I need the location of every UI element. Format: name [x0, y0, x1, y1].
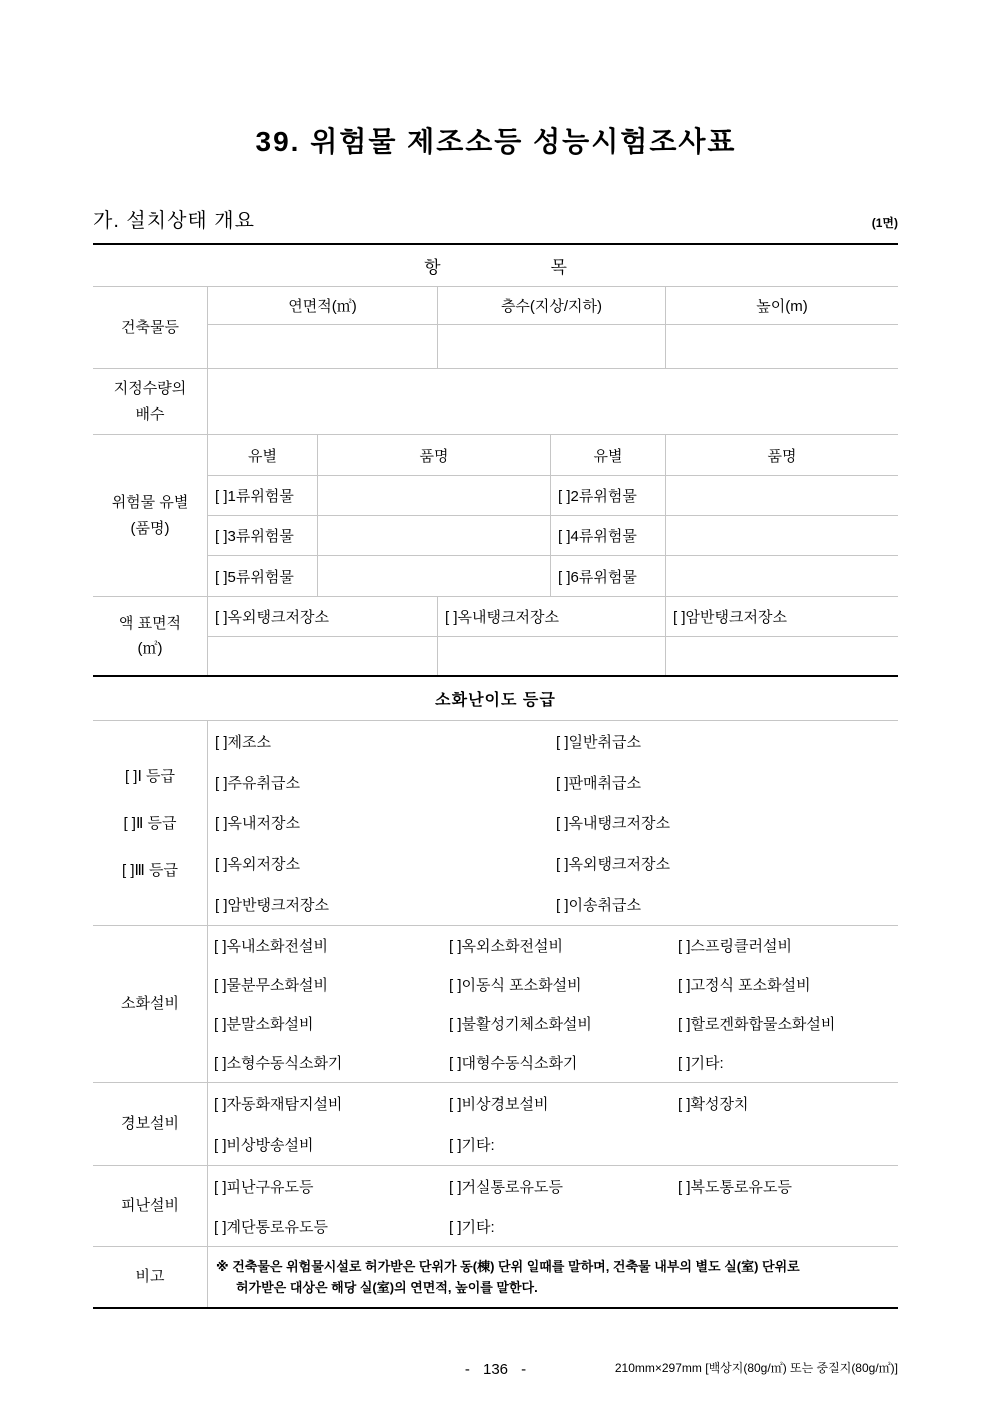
item-header-row: 항 목 [93, 245, 898, 286]
building-col-header: 높이(m) [666, 287, 898, 325]
checkbox-item: [ ]분말소화설비 [214, 1004, 449, 1043]
checkbox-item: [ ]대형수동식소화기 [449, 1043, 678, 1082]
checkbox-item: [ ]기타: [449, 1124, 678, 1165]
remarks-content: ※ 건축물은 위험물시설로 허가받은 단위가 동(棟) 단위 일때를 말하며, … [208, 1247, 898, 1307]
evacuation-equipment-row: 피난설비 [ ]피난구유도등 [ ]거실통로유도등 [ ]복도통로유도등 [ ]… [93, 1165, 898, 1246]
checkbox-item: [ ]비상방송설비 [214, 1124, 449, 1165]
checkbox-item: [ ]Ⅲ 등급 [122, 860, 178, 881]
checkbox-item: [ ]1류위험물 [208, 476, 318, 516]
document-page: 39. 위험물 제조소등 성능시험조사표 가. 설치상태 개요 (1면) 항 목… [0, 0, 992, 1403]
checkbox-item: [ ]이송취급소 [556, 884, 898, 925]
designated-quantity-label: 지정수량의 배수 [93, 369, 208, 434]
hazmat-class-content: 유별 품명 유별 품명 [ ]1류위험물 [ ]2류위험물 [ ]3류위험물 [… [208, 435, 898, 596]
building-row-label: 건축물등 [93, 287, 208, 368]
grade-content: [ ]제조소 [ ]일반취급소 [ ]주유취급소 [ ]판매취급소 [ ]옥내저… [208, 721, 898, 925]
hazmat-col-header: 품명 [666, 435, 898, 476]
checkbox-item: [ ]주유취급소 [215, 762, 556, 803]
hazmat-class-row: 위험물 유별 (품명) 유별 품명 유별 품명 [ ]1류위험물 [ ]2류위험… [93, 434, 898, 596]
checkbox-item: [ ]암반탱크저장소 [215, 884, 556, 925]
evacuation-equipment-label: 피난설비 [93, 1166, 208, 1246]
surface-value-cell [438, 637, 666, 675]
checkbox-item: [ ]제조소 [215, 721, 556, 762]
evacuation-equipment-content: [ ]피난구유도등 [ ]거실통로유도등 [ ]복도통로유도등 [ ]계단통로유… [208, 1166, 898, 1246]
checkbox-item: [ ]확성장치 [678, 1083, 898, 1124]
alarm-equipment-row: 경보설비 [ ]자동화재탐지설비 [ ]비상경보설비 [ ]확성장치 [ ]비상… [93, 1082, 898, 1165]
building-col-header: 층수(지상/지하) [438, 287, 666, 325]
hazmat-name-cell [318, 516, 551, 556]
hazmat-col-header: 유별 [208, 435, 318, 476]
checkbox-item: [ ]계단통로유도등 [214, 1206, 449, 1246]
liquid-surface-label: 액 표면적 (㎡) [93, 597, 208, 675]
section-heading: 가. 설치상태 개요 [93, 204, 255, 233]
difficulty-grade-header: 소화난이도 등급 [93, 675, 898, 720]
checkbox-item: [ ]옥외탱크저장소 [556, 843, 898, 884]
checkbox-item: [ ]옥내탱크저장소 [556, 803, 898, 844]
checkbox-item: [ ]자동화재탐지설비 [214, 1083, 449, 1124]
checkbox-item: [ ]비상경보설비 [449, 1083, 678, 1124]
liquid-surface-row: 액 표면적 (㎡) [ ]옥외탱크저장소 [ ]옥내탱크저장소 [ ]암반탱크저… [93, 596, 898, 675]
building-row: 건축물등 연면적(㎡) 층수(지상/지하) 높이(m) [93, 286, 898, 368]
page-footer: - 136 - 210mm×297mm [백상지(80g/㎡) 또는 중질지(8… [93, 1361, 898, 1383]
checkbox-item: [ ]Ⅰ 등급 [125, 766, 175, 787]
checkbox-item: [ ]옥외저장소 [215, 843, 556, 884]
checkbox-item: [ ]3류위험물 [208, 516, 318, 556]
hazmat-name-cell [666, 476, 898, 516]
checkbox-item: [ ]옥외소화전설비 [449, 926, 678, 965]
remarks-label: 비고 [93, 1247, 208, 1307]
checkbox-item: [ ]옥내저장소 [215, 803, 556, 844]
paper-spec: 210mm×297mm [백상지(80g/㎡) 또는 중질지(80g/㎡)] [615, 1359, 898, 1376]
checkbox-item: [ ]6류위험물 [551, 556, 666, 596]
checkbox-item: [ ]2류위험물 [551, 476, 666, 516]
section-heading-row: 가. 설치상태 개요 (1면) [93, 204, 898, 233]
building-value-cell [208, 325, 438, 368]
hazmat-col-header: 유별 [551, 435, 666, 476]
checkbox-item: [ ]소형수동식소화기 [214, 1043, 449, 1082]
grade-row: [ ]Ⅰ 등급 [ ]Ⅱ 등급 [ ]Ⅲ 등급 [ ]제조소 [ ]일반취급소 … [93, 720, 898, 925]
alarm-equipment-content: [ ]자동화재탐지설비 [ ]비상경보설비 [ ]확성장치 [ ]비상방송설비 … [208, 1083, 898, 1165]
designated-quantity-value-cell [208, 369, 898, 434]
hazmat-name-cell [666, 556, 898, 596]
item-header-left: 항 [424, 253, 440, 278]
checkbox-item: [ ]할로겐화합물소화설비 [678, 1004, 898, 1043]
hazmat-name-cell [666, 516, 898, 556]
grade-row-label: [ ]Ⅰ 등급 [ ]Ⅱ 등급 [ ]Ⅲ 등급 [93, 721, 208, 925]
remarks-row: 비고 ※ 건축물은 위험물시설로 허가받은 단위가 동(棟) 단위 일때를 말하… [93, 1246, 898, 1307]
checkbox-item: [ ]기타: [678, 1043, 898, 1082]
checkbox-item: [ ]복도통로유도등 [678, 1166, 898, 1206]
hazmat-name-cell [318, 476, 551, 516]
checkbox-item: [ ]거실통로유도등 [449, 1166, 678, 1206]
checkbox-item [678, 1206, 898, 1246]
item-header-right: 목 [551, 253, 567, 278]
building-col-header: 연면적(㎡) [208, 287, 438, 325]
hazmat-class-label: 위험물 유별 (품명) [93, 435, 208, 596]
remarks-text-line1: ※ 건축물은 위험물시설로 허가받은 단위가 동(棟) 단위 일때를 말하며, … [216, 1256, 888, 1277]
building-content: 연면적(㎡) 층수(지상/지하) 높이(m) [208, 287, 898, 368]
surface-value-cell [666, 637, 898, 675]
checkbox-item: [ ]암반탱크저장소 [666, 597, 898, 637]
fire-equipment-row: 소화설비 [ ]옥내소화전설비 [ ]옥외소화전설비 [ ]스프링클러설비 [ … [93, 925, 898, 1082]
checkbox-item: [ ]고정식 포소화설비 [678, 965, 898, 1004]
checkbox-item: [ ]기타: [449, 1206, 678, 1246]
checkbox-item: [ ]피난구유도등 [214, 1166, 449, 1206]
checkbox-item: [ ]판매취급소 [556, 762, 898, 803]
remarks-text-line2: 허가받은 대상은 해당 실(室)의 연면적, 높이를 말한다. [236, 1277, 888, 1298]
checkbox-item: [ ]스프링클러설비 [678, 926, 898, 965]
page-note: (1면) [872, 214, 898, 233]
checkbox-item: [ ]옥외탱크저장소 [208, 597, 438, 637]
hazmat-col-header: 품명 [318, 435, 551, 476]
surface-value-cell [208, 637, 438, 675]
checkbox-item: [ ]일반취급소 [556, 721, 898, 762]
hazmat-name-cell [318, 556, 551, 596]
checkbox-item: [ ]옥내소화전설비 [214, 926, 449, 965]
alarm-equipment-label: 경보설비 [93, 1083, 208, 1165]
fire-equipment-label: 소화설비 [93, 926, 208, 1082]
checkbox-item: [ ]옥내탱크저장소 [438, 597, 666, 637]
checkbox-item [678, 1124, 898, 1165]
fire-equipment-content: [ ]옥내소화전설비 [ ]옥외소화전설비 [ ]스프링클러설비 [ ]물분무소… [208, 926, 898, 1082]
designated-quantity-row: 지정수량의 배수 [93, 368, 898, 434]
checkbox-item: [ ]이동식 포소화설비 [449, 965, 678, 1004]
checkbox-item: [ ]4류위험물 [551, 516, 666, 556]
page-title: 39. 위험물 제조소등 성능시험조사표 [0, 0, 992, 160]
building-value-cell [666, 325, 898, 368]
liquid-surface-content: [ ]옥외탱크저장소 [ ]옥내탱크저장소 [ ]암반탱크저장소 [208, 597, 898, 675]
checkbox-item: [ ]불활성기체소화설비 [449, 1004, 678, 1043]
building-value-cell [438, 325, 666, 368]
installation-status-table: 항 목 건축물등 연면적(㎡) 층수(지상/지하) 높이(m) 지정수량의 배수 [93, 243, 898, 1309]
checkbox-item: [ ]물분무소화설비 [214, 965, 449, 1004]
checkbox-item: [ ]Ⅱ 등급 [123, 813, 176, 834]
checkbox-item: [ ]5류위험물 [208, 556, 318, 596]
